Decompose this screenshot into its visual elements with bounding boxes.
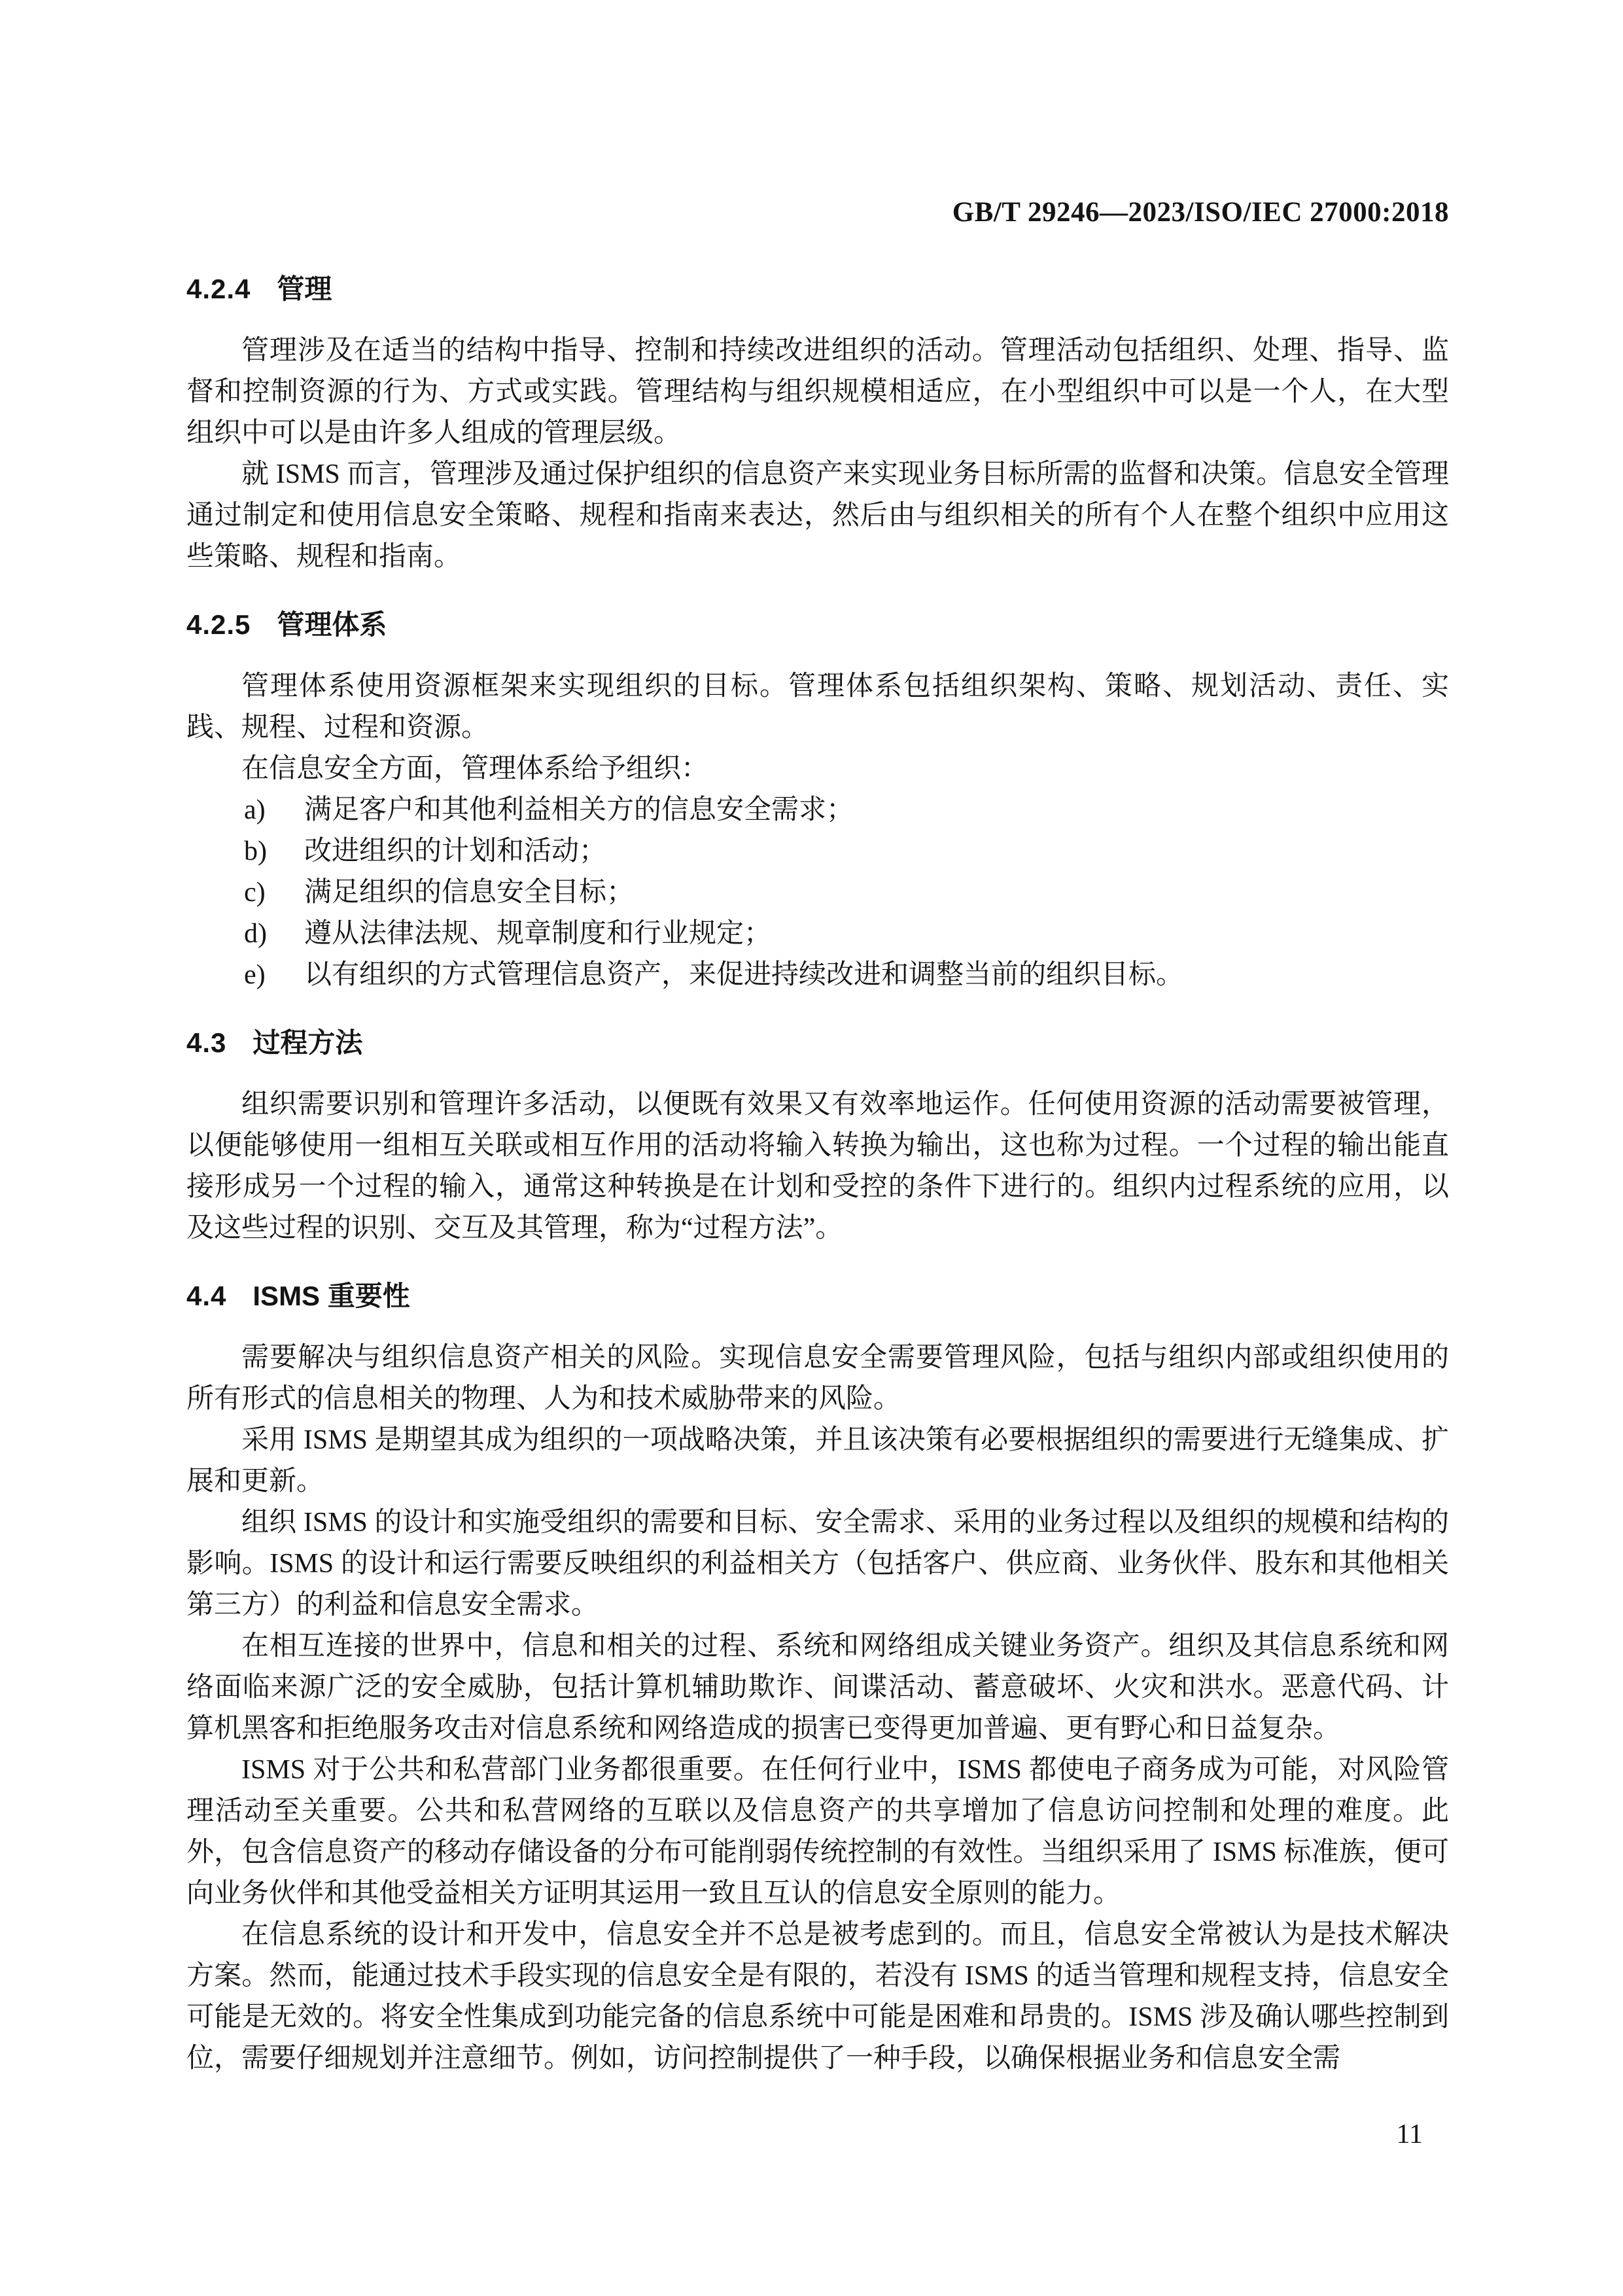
section-heading: 4.2.5管理体系 <box>186 604 1449 645</box>
list-item: e)以有组织的方式管理信息资产，来促进持续改进和调整当前的组织目标。 <box>186 955 1449 996</box>
paragraph: 需要解决与组织信息资产相关的风险。实现信息安全需要管理风险，包括与组织内部或组织… <box>186 1337 1449 1420</box>
section-heading: 4.3过程方法 <box>186 1022 1449 1063</box>
section-4-2-4: 4.2.4管理管理涉及在适当的结构中指导、控制和持续改进组织的活动。管理活动包括… <box>186 268 1449 578</box>
paragraph: 在信息安全方面，管理体系给予组织： <box>186 749 1449 790</box>
list-item: d)遵从法律法规、规章制度和行业规定； <box>186 913 1449 955</box>
paragraph: 管理涉及在适当的结构中指导、控制和持续改进组织的活动。管理活动包括组织、处理、指… <box>186 330 1449 454</box>
section-number: 4.3 <box>186 1027 226 1058</box>
page-number: 11 <box>1397 2119 1423 2150</box>
section-title: 管理体系 <box>277 609 387 640</box>
paragraph: 组织需要识别和管理许多活动，以便既有效果又有效率地运作。任何使用资源的活动需要被… <box>186 1084 1449 1249</box>
paragraph: 管理体系使用资源框架来实现组织的目标。管理体系包括组织架构、策略、规划活动、责任… <box>186 666 1449 749</box>
section-heading: 4.2.4管理 <box>186 268 1449 309</box>
section-number: 4.4 <box>186 1280 226 1311</box>
document-body: 4.2.4管理管理涉及在适当的结构中指导、控制和持续改进组织的活动。管理活动包括… <box>186 268 1449 2079</box>
list-item-text: 遵从法律法规、规章制度和行业规定； <box>304 919 771 949</box>
section-title: 过程方法 <box>253 1027 362 1058</box>
section-heading: 4.4ISMS 重要性 <box>186 1275 1449 1316</box>
section-number: 4.2.4 <box>186 274 251 304</box>
list-item: c)满足组织的信息安全目标； <box>186 872 1449 913</box>
list-item: b)改进组织的计划和活动； <box>186 831 1449 872</box>
list-item-text: 满足客户和其他利益相关方的信息安全需求； <box>304 795 854 825</box>
paragraph: 就 ISMS 而言，管理涉及通过保护组织的信息资产来实现业务目标所需的监督和决策… <box>186 454 1449 578</box>
list-item-text: 满足组织的信息安全目标； <box>304 877 634 908</box>
list-item-marker: b) <box>244 831 267 872</box>
section-4-4: 4.4ISMS 重要性需要解决与组织信息资产相关的风险。实现信息安全需要管理风险… <box>186 1275 1449 2079</box>
paragraph: 采用 ISMS 是期望其成为组织的一项战略决策，并且该决策有必要根据组织的需要进… <box>186 1420 1449 1502</box>
list-item: a)满足客户和其他利益相关方的信息安全需求； <box>186 790 1449 831</box>
section-number: 4.2.5 <box>186 609 251 640</box>
list-item-marker: c) <box>244 872 266 913</box>
section-title: 管理 <box>277 274 332 304</box>
section-4-3: 4.3过程方法组织需要识别和管理许多活动，以便既有效果又有效率地运作。任何使用资… <box>186 1022 1449 1249</box>
paragraph: 在信息系统的设计和开发中，信息安全并不总是被考虑到的。而且，信息安全常被认为是技… <box>186 1915 1449 2079</box>
paragraph: ISMS 对于公共和私营部门业务都很重要。在任何行业中，ISMS 都使电子商务成… <box>186 1750 1449 1915</box>
page-background: GB/T 29246—2023/ISO/IEC 27000:2018 4.2.4… <box>0 0 1623 2296</box>
section-title: ISMS 重要性 <box>253 1280 410 1311</box>
list-item-text: 改进组织的计划和活动； <box>304 836 606 866</box>
list-item-text: 以有组织的方式管理信息资产，来促进持续改进和调整当前的组织目标。 <box>304 960 1183 990</box>
list-item-marker: a) <box>244 790 266 831</box>
section-4-2-5: 4.2.5管理体系管理体系使用资源框架来实现组织的目标。管理体系包括组织架构、策… <box>186 604 1449 996</box>
list-item-marker: e) <box>244 955 266 996</box>
standard-document-page: { "page": { "header": "GB/T 29246—2023/I… <box>0 0 1623 2296</box>
list-item-marker: d) <box>244 913 267 955</box>
lettered-list: a)满足客户和其他利益相关方的信息安全需求；b)改进组织的计划和活动；c)满足组… <box>186 790 1449 996</box>
paragraph: 组织 ISMS 的设计和实施受组织的需要和目标、安全需求、采用的业务过程以及组织… <box>186 1502 1449 1626</box>
standard-number-header: GB/T 29246—2023/ISO/IEC 27000:2018 <box>186 196 1449 228</box>
paragraph: 在相互连接的世界中，信息和相关的过程、系统和网络组成关键业务资产。组织及其信息系… <box>186 1626 1449 1750</box>
